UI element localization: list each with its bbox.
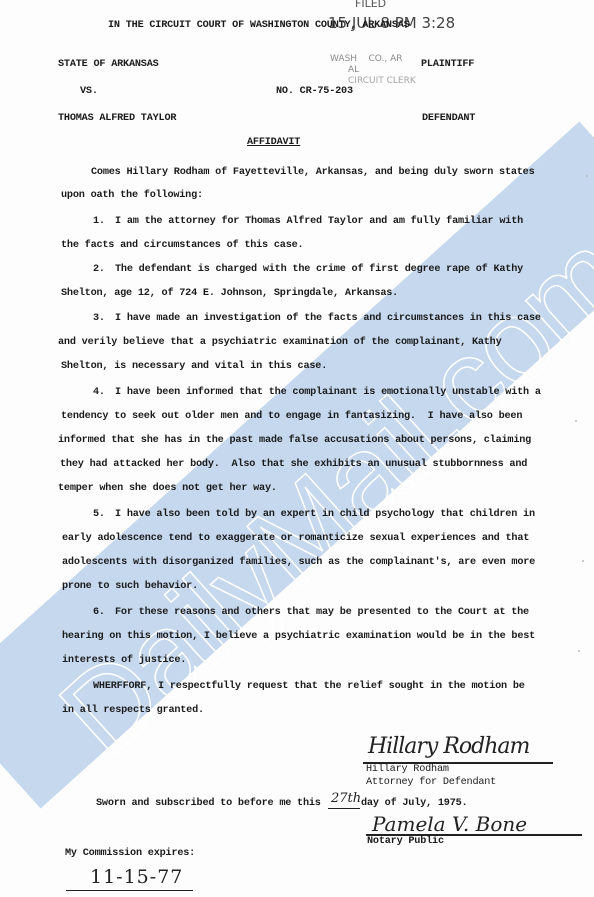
paragraph-line: I have been informed that the complainan…	[115, 387, 541, 398]
document-page: DailyMail.com FILED 15 JUL 8 PM 3:28 WAS…	[0, 0, 594, 897]
closing-line: in all respects granted.	[62, 705, 204, 716]
paragraph-number: 1.	[93, 216, 105, 227]
scan-speck	[578, 650, 580, 652]
scan-speck	[575, 420, 577, 422]
closing-line: WHERFFORF, I respectfully request that t…	[93, 681, 525, 692]
paragraph-line: The defendant is charged with the crime …	[115, 264, 523, 275]
notary-signature: Pamela V. Bone	[372, 812, 527, 836]
jurat-prefix: Sworn and subscribed to before me this	[96, 798, 321, 809]
intro-line: upon oath the following:	[61, 190, 203, 201]
case-number: NO. CR-75-203	[276, 86, 353, 97]
notary-label: Notary Public	[367, 836, 444, 847]
paragraph-line: they had attacked her body. Also that sh…	[60, 459, 527, 470]
plaintiff-name: STATE OF ARKANSAS	[58, 59, 159, 70]
filing-stamp-filed: FILED	[355, 0, 386, 10]
paragraph-number: 4.	[93, 387, 105, 398]
paragraph-line: I have made an investigation of the fact…	[115, 313, 541, 324]
paragraph-line: prone to such behavior.	[62, 581, 198, 592]
paragraph-number: 6.	[93, 607, 105, 618]
commission-label: My Commission expires:	[65, 848, 195, 859]
paragraph-number: 2.	[93, 264, 105, 275]
commission-date-line	[66, 890, 193, 891]
attorney-signature: Hillary Rodham	[368, 734, 529, 759]
scan-speck	[586, 175, 588, 177]
plaintiff-label: PLAINTIFF	[421, 59, 474, 70]
jurat-day-line	[328, 808, 360, 809]
intro-line: Comes Hillary Rodham of Fayetteville, Ar…	[91, 167, 535, 178]
paragraph-number: 3.	[93, 313, 105, 324]
paragraph-line: informed that she has in the past made f…	[58, 435, 531, 446]
filing-stamp-line3: CIRCUIT CLERK	[348, 76, 416, 86]
filing-stamp-line1: WASH CO., AR	[330, 54, 402, 64]
versus: VS.	[80, 86, 98, 97]
paragraph-line: adolescents with disorganized families, …	[62, 557, 535, 568]
jurat-day-handwritten: 27th	[331, 791, 361, 806]
paragraph-line: Shelton, is necessary and vital in this …	[61, 361, 327, 372]
jurat-suffix: day of July, 1975.	[361, 798, 467, 809]
paragraph-line: Shelton, age 12, of 724 E. Johnson, Spri…	[61, 288, 398, 299]
paragraph-line: hearing on this motion, I believe a psyc…	[62, 631, 535, 642]
paragraph-line: early adolescence tend to exaggerate or …	[62, 533, 529, 544]
paragraph-line: and verily believe that a psychiatric ex…	[58, 337, 502, 348]
paragraph-line: tendency to seek out older men and to en…	[61, 411, 522, 422]
attorney-printed-name: Hillary Rodham	[366, 764, 449, 775]
document-title: AFFIDAVIT	[247, 137, 300, 148]
paragraph-line: For these reasons and others that may be…	[115, 607, 529, 618]
paragraph-line: the facts and circumstances of this case…	[61, 240, 303, 251]
scan-speck	[582, 560, 584, 562]
paragraph-line: I am the attorney for Thomas Alfred Tayl…	[115, 216, 523, 227]
paragraph-number: 5.	[93, 509, 105, 520]
defendant-name: THOMAS ALFRED TAYLOR	[58, 113, 176, 124]
court-heading: IN THE CIRCUIT COURT OF WASHINGTON COUNT…	[108, 20, 410, 31]
filing-stamp-line2: AL	[348, 65, 359, 75]
defendant-label: DEFENDANT	[422, 113, 475, 124]
paragraph-line: I have also been told by an expert in ch…	[115, 509, 535, 520]
attorney-role: Attorney for Defendant	[366, 777, 496, 788]
paragraph-line: interests of justice.	[62, 655, 186, 666]
paragraph-line: temper when she does not get her way.	[58, 483, 277, 494]
commission-date-handwritten: 11-15-77	[90, 866, 183, 888]
